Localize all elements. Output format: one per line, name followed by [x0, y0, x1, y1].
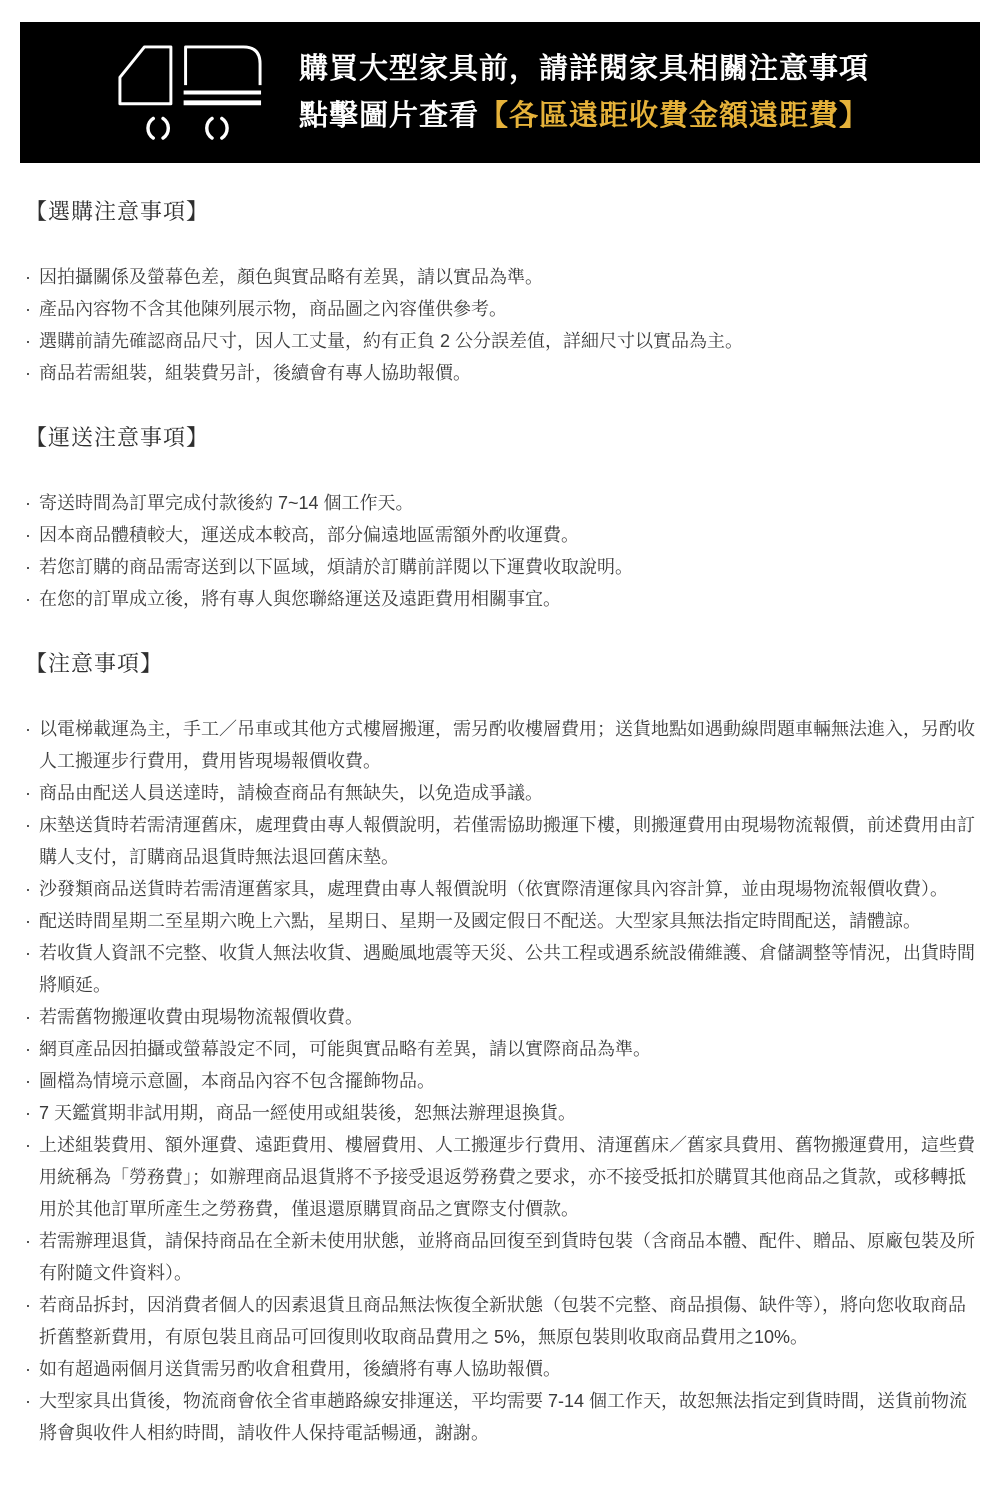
bullet-marker: ·	[25, 1033, 31, 1065]
bullet-marker: ·	[25, 809, 31, 841]
bullet-marker: ·	[25, 1097, 31, 1129]
notice-item: ·床墊送貨時若需清運舊床，處理費由專人報價說明，若僅需協助搬運下樓，則搬運費用由…	[25, 809, 975, 873]
notice-text: 商品由配送人員送達時，請檢查商品有無缺失，以免造成爭議。	[39, 783, 543, 803]
section-title-general: 【注意事項】	[25, 651, 975, 677]
notice-text: 在您的訂單成立後，將有專人與您聯絡運送及遠距費用相關事宜。	[39, 589, 561, 609]
notice-item: ·寄送時間為訂單完成付款後約 7~14 個工作天。	[25, 487, 975, 519]
section-title-selection: 【選購注意事項】	[25, 199, 975, 225]
notice-item: ·商品若需組裝，組裝費另計，後續會有專人協助報價。	[25, 357, 975, 389]
notice-text: 選購前請先確認商品尺寸，因人工丈量，約有正負 2 公分誤差值，詳細尺寸以實品為主…	[39, 331, 743, 351]
banner-subtitle-prefix: 點擊圖片查看	[299, 100, 479, 132]
notice-text: 商品若需組裝，組裝費另計，後續會有專人協助報價。	[39, 363, 471, 383]
notice-text: 床墊送貨時若需清運舊床，處理費由專人報價說明，若僅需協助搬運下樓，則搬運費用由現…	[39, 815, 975, 867]
bullet-marker: ·	[25, 357, 31, 389]
notice-item: ·商品由配送人員送達時，請檢查商品有無缺失，以免造成爭議。	[25, 777, 975, 809]
bullet-marker: ·	[25, 487, 31, 519]
notice-item: ·以電梯載運為主，手工／吊車或其他方式樓層搬運，需另酌收樓層費用；送貨地點如遇動…	[25, 713, 975, 777]
bullet-marker: ·	[25, 583, 31, 615]
bullet-marker: ·	[25, 1129, 31, 1161]
furniture-notice-page: 購買大型家具前，請詳閱家具相關注意事項 點擊圖片查看【各區遠距收費金額遠距費】 …	[0, 0, 1000, 1500]
bullet-marker: ·	[25, 1001, 31, 1033]
bullet-marker: ·	[25, 777, 31, 809]
notice-text: 若需舊物搬運收費由現場物流報價收費。	[39, 1007, 363, 1027]
notice-text: 上述組裝費用、額外運費、遠距費用、樓層費用、人工搬運步行費用、清運舊床／舊家具費…	[39, 1135, 975, 1219]
notice-text: 產品內容物不含其他陳列展示物，商品圖之內容僅供參考。	[39, 299, 507, 319]
delivery-truck-icon	[116, 44, 263, 142]
notice-item: ·產品內容物不含其他陳列展示物，商品圖之內容僅供參考。	[25, 293, 975, 325]
notice-text: 以電梯載運為主，手工／吊車或其他方式樓層搬運，需另酌收樓層費用；送貨地點如遇動線…	[39, 719, 975, 771]
bullet-marker: ·	[25, 551, 31, 583]
notice-item: ·7 天鑑賞期非試用期，商品一經使用或組裝後，恕無法辦理退換貨。	[25, 1097, 975, 1129]
bullet-marker: ·	[25, 1065, 31, 1097]
general-notice-list: ·以電梯載運為主，手工／吊車或其他方式樓層搬運，需另酌收樓層費用；送貨地點如遇動…	[25, 713, 975, 1449]
notice-text: 若商品拆封，因消費者個人的因素退貨且商品無法恢復全新狀態（包裝不完整、商品損傷、…	[39, 1295, 966, 1347]
notice-item: ·因拍攝關係及螢幕色差，顏色與實品略有差異，請以實品為準。	[25, 261, 975, 293]
notice-item: ·若需舊物搬運收費由現場物流報價收費。	[25, 1001, 975, 1033]
notice-item: ·圖檔為情境示意圖，本商品內容不包含擺飾物品。	[25, 1065, 975, 1097]
notice-text: 因拍攝關係及螢幕色差，顏色與實品略有差異，請以實品為準。	[39, 267, 543, 287]
notice-text: 若收貨人資訊不完整、收貨人無法收貨、遇颱風地震等天災、公共工程或遇系統設備維護、…	[39, 943, 975, 995]
notice-item: ·因本商品體積較大，運送成本較高，部分偏遠地區需額外酌收運費。	[25, 519, 975, 551]
notice-text: 如有超過兩個月送貨需另酌收倉租費用，後續將有專人協助報價。	[39, 1359, 561, 1379]
notice-item: ·選購前請先確認商品尺寸，因人工丈量，約有正負 2 公分誤差值，詳細尺寸以實品為…	[25, 325, 975, 357]
notice-item: ·配送時間星期二至星期六晚上六點，星期日、星期一及國定假日不配送。大型家具無法指…	[25, 905, 975, 937]
notice-text: 若需辦理退貨，請保持商品在全新未使用狀態，並將商品回復至到貨時包裝（含商品本體、…	[39, 1231, 975, 1283]
banner-subtitle-highlight-link[interactable]: 【各區遠距收費金額遠距費】	[479, 100, 869, 132]
bullet-marker: ·	[25, 1353, 31, 1385]
notice-item: ·若您訂購的商品需寄送到以下區域，煩請於訂購前詳閱以下運費收取說明。	[25, 551, 975, 583]
bullet-marker: ·	[25, 293, 31, 325]
notice-text: 寄送時間為訂單完成付款後約 7~14 個工作天。	[39, 493, 414, 513]
section-title-shipping: 【運送注意事項】	[25, 425, 975, 451]
notice-item: ·若商品拆封，因消費者個人的因素退貨且商品無法恢復全新狀態（包裝不完整、商品損傷…	[25, 1289, 975, 1353]
notice-text: 因本商品體積較大，運送成本較高，部分偏遠地區需額外酌收運費。	[39, 525, 579, 545]
notice-item: ·若需辦理退貨，請保持商品在全新未使用狀態，並將商品回復至到貨時包裝（含商品本體…	[25, 1225, 975, 1289]
bullet-marker: ·	[25, 1289, 31, 1321]
bullet-marker: ·	[25, 713, 31, 745]
bullet-marker: ·	[25, 937, 31, 969]
notice-item: ·沙發類商品送貨時若需清運舊家具，處理費由專人報價說明（依實際清運傢具內容計算，…	[25, 873, 975, 905]
notice-item: ·在您的訂單成立後，將有專人與您聯絡運送及遠距費用相關事宜。	[25, 583, 975, 615]
bullet-marker: ·	[25, 873, 31, 905]
notice-text: 配送時間星期二至星期六晚上六點，星期日、星期一及國定假日不配送。大型家具無法指定…	[39, 911, 921, 931]
shipping-notice-list: ·寄送時間為訂單完成付款後約 7~14 個工作天。 ·因本商品體積較大，運送成本…	[25, 487, 975, 615]
selection-notice-list: ·因拍攝關係及螢幕色差，顏色與實品略有差異，請以實品為準。 ·產品內容物不含其他…	[25, 261, 975, 389]
notice-item: ·若收貨人資訊不完整、收貨人無法收貨、遇颱風地震等天災、公共工程或遇系統設備維護…	[25, 937, 975, 1001]
notice-text: 大型家具出貨後，物流商會依全省車趟路線安排運送，平均需要 7-14 個工作天，故…	[39, 1391, 967, 1443]
notice-text: 網頁產品因拍攝或螢幕設定不同，可能與實品略有差異，請以實際商品為準。	[39, 1039, 651, 1059]
banner-subtitle: 點擊圖片查看【各區遠距收費金額遠距費】	[299, 93, 869, 140]
banner-text: 購買大型家具前，請詳閱家具相關注意事項 點擊圖片查看【各區遠距收費金額遠距費】	[299, 46, 869, 140]
bullet-marker: ·	[25, 519, 31, 551]
notice-item: ·上述組裝費用、額外運費、遠距費用、樓層費用、人工搬運步行費用、清運舊床／舊家具…	[25, 1129, 975, 1225]
bullet-marker: ·	[25, 905, 31, 937]
notice-item: ·大型家具出貨後，物流商會依全省車趟路線安排運送，平均需要 7-14 個工作天，…	[25, 1385, 975, 1449]
bullet-marker: ·	[25, 261, 31, 293]
promo-banner[interactable]: 購買大型家具前，請詳閱家具相關注意事項 點擊圖片查看【各區遠距收費金額遠距費】	[20, 22, 980, 163]
bullet-marker: ·	[25, 1385, 31, 1417]
notice-text: 7 天鑑賞期非試用期，商品一經使用或組裝後，恕無法辦理退換貨。	[39, 1103, 576, 1123]
section-shipping-notes: 【運送注意事項】 ·寄送時間為訂單完成付款後約 7~14 個工作天。 ·因本商品…	[25, 425, 975, 615]
notice-content: 【選購注意事項】 ·因拍攝關係及螢幕色差，顏色與實品略有差異，請以實品為準。 ·…	[25, 199, 975, 1449]
section-general-notes: 【注意事項】 ·以電梯載運為主，手工／吊車或其他方式樓層搬運，需另酌收樓層費用；…	[25, 651, 975, 1449]
bullet-marker: ·	[25, 325, 31, 357]
notice-item: ·如有超過兩個月送貨需另酌收倉租費用，後續將有專人協助報價。	[25, 1353, 975, 1385]
banner-title: 購買大型家具前，請詳閱家具相關注意事項	[299, 46, 869, 93]
notice-text: 若您訂購的商品需寄送到以下區域，煩請於訂購前詳閱以下運費收取說明。	[39, 557, 633, 577]
notice-text: 沙發類商品送貨時若需清運舊家具，處理費由專人報價說明（依實際清運傢具內容計算，並…	[39, 879, 948, 899]
notice-text: 圖檔為情境示意圖，本商品內容不包含擺飾物品。	[39, 1071, 435, 1091]
section-selection-notes: 【選購注意事項】 ·因拍攝關係及螢幕色差，顏色與實品略有差異，請以實品為準。 ·…	[25, 199, 975, 389]
notice-item: ·網頁產品因拍攝或螢幕設定不同，可能與實品略有差異，請以實際商品為準。	[25, 1033, 975, 1065]
bullet-marker: ·	[25, 1225, 31, 1257]
